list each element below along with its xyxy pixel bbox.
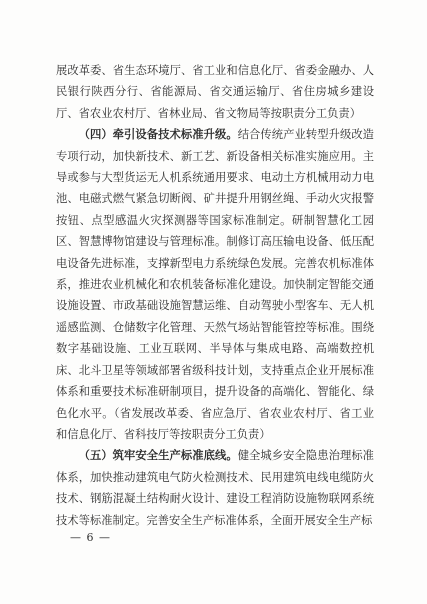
document-body: 展改革委、省生态环境厅、省工业和信息化厅、省委金融办、人民银行陕西分行、省能源局… xyxy=(56,60,374,531)
page-number: — 6 — xyxy=(70,531,111,544)
text-run: 结合传统产业转型升级改造专项行动，加快新技术、新工艺、新设备相关标准实施应用。主… xyxy=(56,128,374,441)
document-page: 展改革委、省生态环境厅、省工业和信息化厅、省委金融办、人民银行陕西分行、省能源局… xyxy=(0,0,427,604)
section-heading-run: （四）牵引设备技术标准升级。 xyxy=(79,127,238,141)
paragraph-item-4: （四）牵引设备技术标准升级。结合传统产业转型升级改造专项行动，加快新技术、新工艺… xyxy=(56,124,374,445)
section-heading-run: （五）筑牢安全生产标准底线。 xyxy=(79,448,238,462)
paragraph-continuation: 展改革委、省生态环境厅、省工业和信息化厅、省委金融办、人民银行陕西分行、省能源局… xyxy=(56,60,374,124)
paragraph-item-5: （五）筑牢安全生产标准底线。健全城乡安全隐患治理标准体系，加快推动建筑电气防火检… xyxy=(56,445,374,531)
text-run: 展改革委、省生态环境厅、省工业和信息化厅、省委金融办、人民银行陕西分行、省能源局… xyxy=(56,64,374,120)
